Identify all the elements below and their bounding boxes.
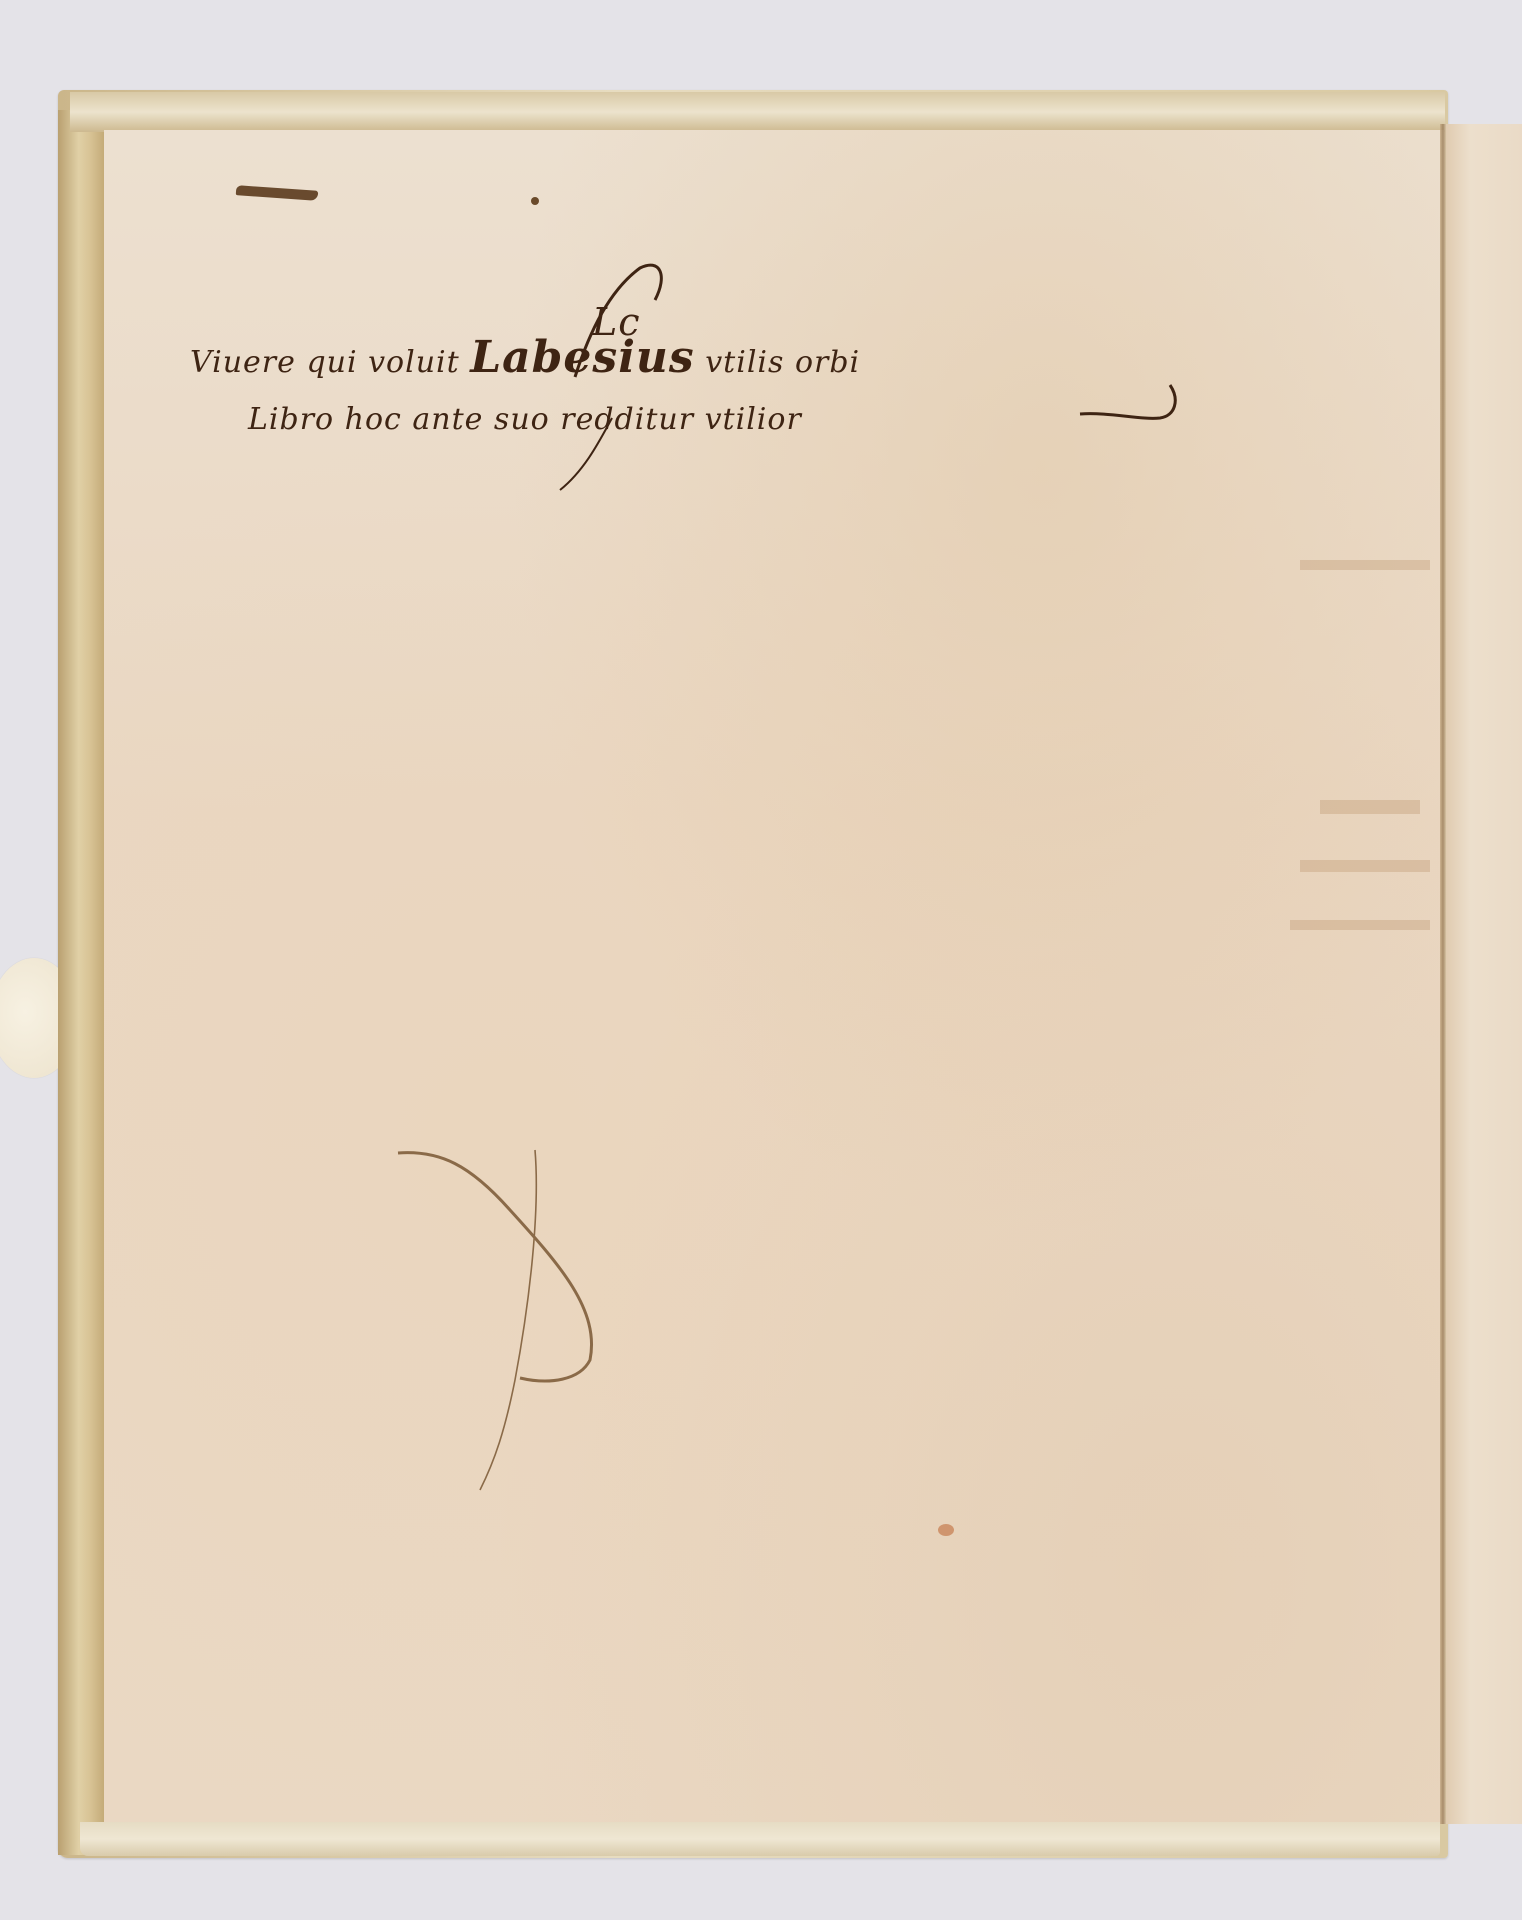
inscription-line-1-suffix: vtilis orbi [695,345,860,380]
inscription-line-1-prefix: Viuere qui voluit [190,345,470,380]
inscription-name: Labesius [470,332,694,383]
inscription-line-1: Viuere qui voluit Labesius vtilis orbi [190,332,860,383]
pen-strokes [0,0,1522,1920]
inscription-line-2: Libro hoc ante suo redditur vtilior [248,402,802,437]
